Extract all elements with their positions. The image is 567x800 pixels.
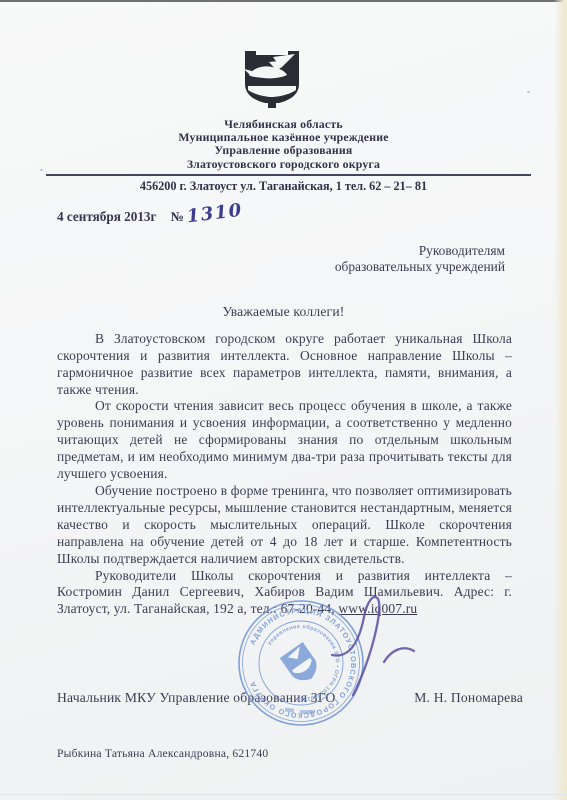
paragraph: От скорости чтения зависит весь процесс … xyxy=(57,398,512,483)
salutation: Уважаемые коллеги! xyxy=(0,304,567,320)
executor-line: Рыбкина Татьяна Александровна, 621740 xyxy=(57,747,567,760)
letterhead-district: Златоустовского городского округа xyxy=(0,158,567,171)
letter-body: В Златоустовском городском округе работа… xyxy=(57,331,512,618)
letter-date: 4 сентября 2013г xyxy=(57,209,157,224)
handwritten-number: 1310 xyxy=(186,203,243,224)
paragraph: В Златоустовском городском округе работа… xyxy=(57,331,512,399)
letterhead-address: 456200 г. Златоуст ул. Таганайская, 1 те… xyxy=(0,179,567,194)
letterhead: Челябинская область Муниципальное казённ… xyxy=(0,118,567,194)
handwritten-signature xyxy=(318,585,440,711)
letterhead-department: Управление образования xyxy=(0,144,567,157)
recipient-block: Руководителям образовательных учреждений xyxy=(0,243,505,276)
scan-edge-top xyxy=(0,0,567,2)
paragraph: Обучение построено в форме тренинга, что… xyxy=(57,483,512,568)
stamp-center-emblem xyxy=(280,642,323,687)
scan-speck xyxy=(527,91,530,93)
scan-edge-bottom xyxy=(0,794,567,795)
coat-of-arms-emblem xyxy=(243,50,301,112)
letterhead-divider xyxy=(46,174,531,176)
scanned-letter-page: Челябинская область Муниципальное казённ… xyxy=(0,0,567,800)
recipient-line: образовательных учреждений xyxy=(0,259,505,276)
date-line: 4 сентября 2013г№ 1310 xyxy=(57,209,567,231)
recipient-line: Руководителям xyxy=(0,243,505,260)
scan-edge-right xyxy=(554,0,567,800)
number-sign: № xyxy=(171,209,184,224)
scan-speck xyxy=(40,169,43,171)
